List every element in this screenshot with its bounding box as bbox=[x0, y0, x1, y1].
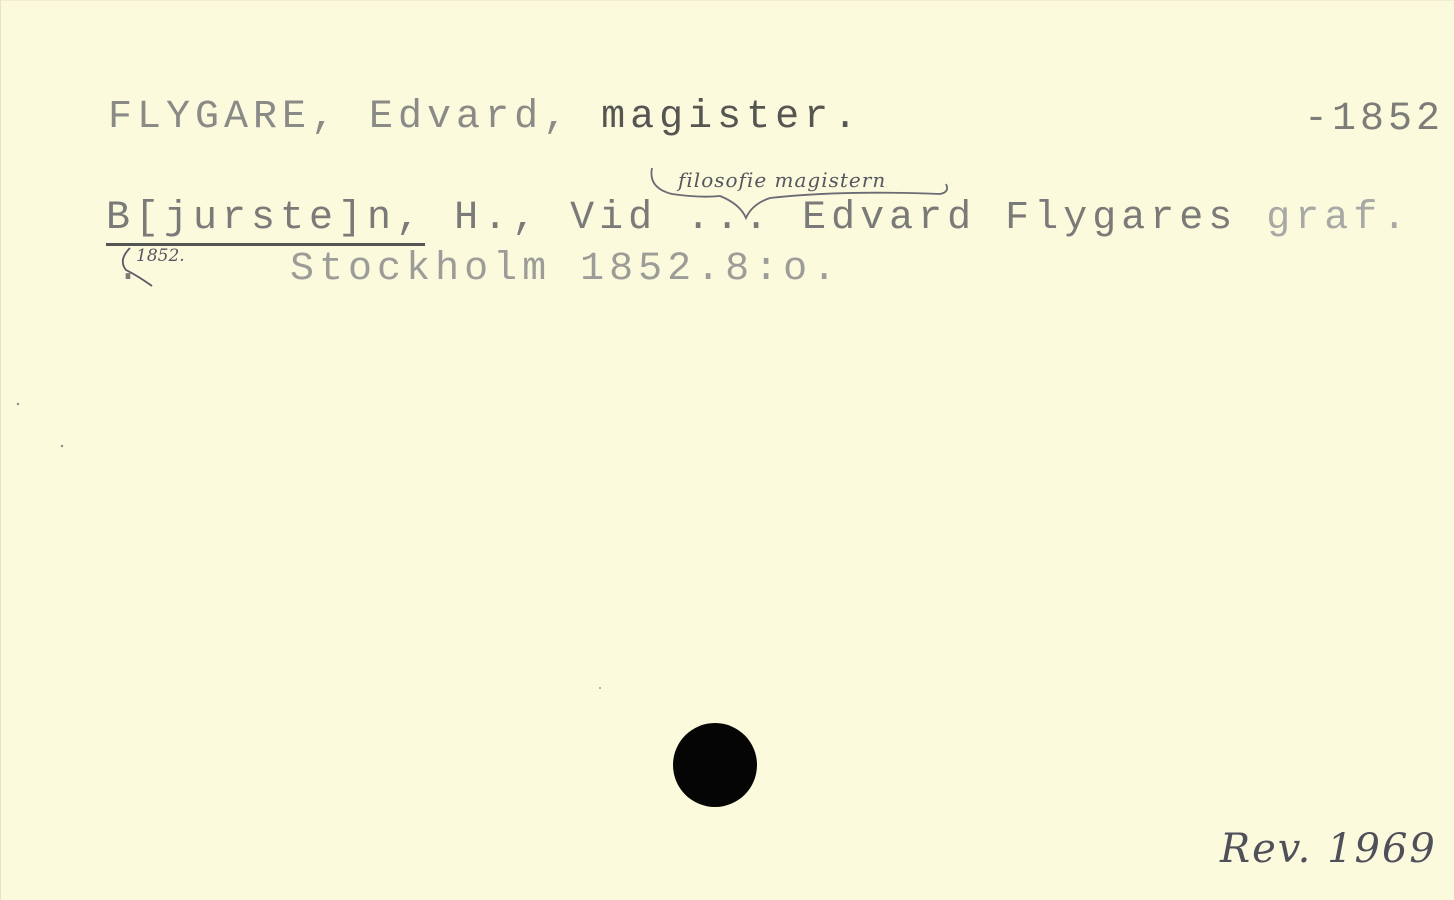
heading-surname: FLYGARE, bbox=[108, 95, 340, 140]
handwritten-revision-note: Rev. 1969 bbox=[1220, 826, 1437, 872]
citation-ellipsis: ... bbox=[686, 196, 773, 241]
citation-initial: H., bbox=[454, 196, 541, 241]
year-range: -1852 bbox=[1304, 100, 1444, 140]
citation-line-1: B[jurste]n, H., Vid ... Edvard Flygares … bbox=[106, 199, 1411, 239]
citation-author: B[jurste]n, bbox=[106, 196, 425, 246]
citation-title-rest: Edvard Flygares bbox=[802, 196, 1237, 241]
handwritten-margin-year: 1852. bbox=[136, 246, 185, 266]
citation-title-end: graf. bbox=[1266, 196, 1411, 241]
heading-title: magister. bbox=[601, 95, 862, 140]
card-heading: FLYGARE, Edvard, magister. bbox=[108, 98, 862, 138]
citation-place-year: Stockholm 1852.8:o. bbox=[290, 247, 841, 292]
punch-hole bbox=[673, 723, 757, 807]
heading-given-name: Edvard, bbox=[369, 95, 572, 140]
handwritten-insertion: filosofie magistern bbox=[678, 168, 886, 192]
citation-title-start: Vid bbox=[570, 196, 657, 241]
citation-line-2: . Stockholm 1852.8:o. bbox=[116, 250, 841, 290]
